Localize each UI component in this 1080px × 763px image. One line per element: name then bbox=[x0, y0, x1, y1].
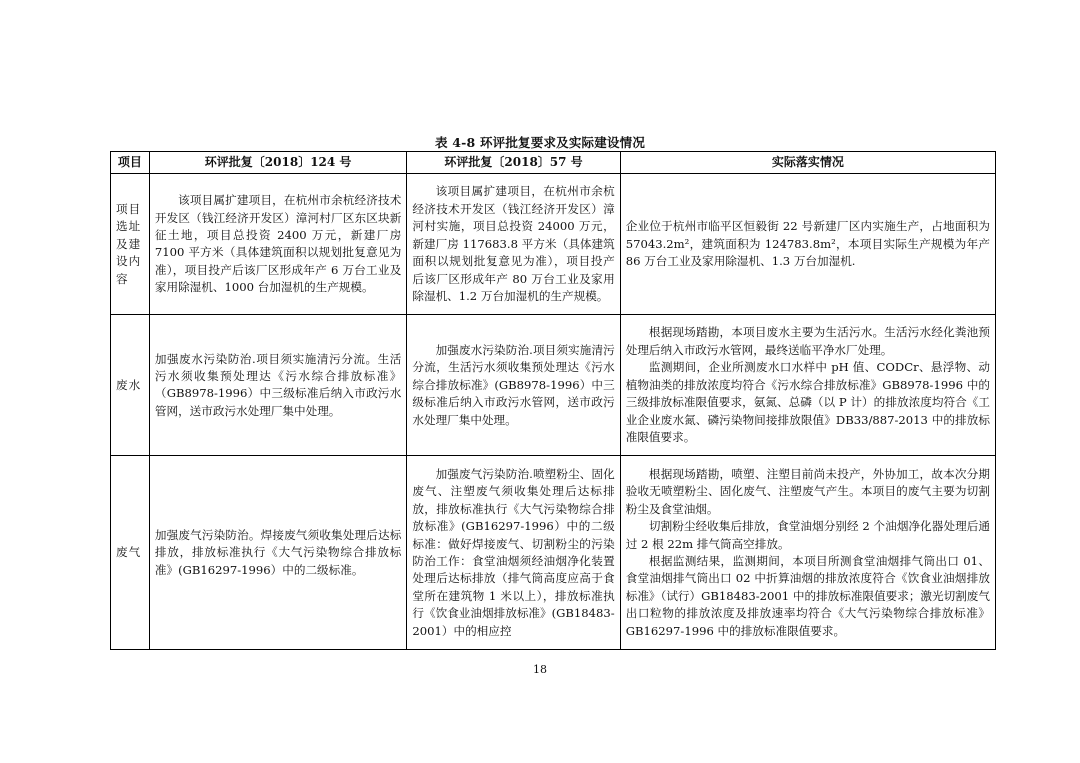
cell-paragraph: 该项目属扩建项目，在杭州市余杭经济技术开发区（钱江经济开发区）漳河村厂区东区块新… bbox=[155, 192, 402, 296]
cell-paragraph: 切割粉尘经收集后排放，食堂油烟分别经 2 个油烟净化器处理后通过 2 根 22m… bbox=[626, 518, 990, 553]
cell-paragraph: 加强废水污染防治.项目须实施清污分流，生活污水须收集预处理达《污水综合排放标准》… bbox=[412, 342, 614, 429]
approval-comparison-table: 项目 环评批复〔2018〕124 号 环评批复〔2018〕57 号 实际落实情况… bbox=[110, 151, 996, 650]
header-actual: 实际落实情况 bbox=[620, 152, 995, 174]
cell-paragraph: 根据监测结果，监测期间，本项目所测食堂油烟排气筒出口 01、食堂油烟排气筒出口 … bbox=[626, 553, 990, 640]
table-row-exhaust: 废气 加强废气污染防治。焊接废气须收集处理后达标排放，排放标准执行《大气污染物综… bbox=[111, 456, 996, 650]
table-row-site: 项目选址及建设内容 该项目属扩建项目，在杭州市余杭经济技术开发区（钱江经济开发区… bbox=[111, 174, 996, 315]
table-caption: 表 4-8 环评批复要求及实际建设情况 bbox=[0, 133, 1080, 151]
cell-paragraph: 加强废水污染防治.项目须实施清污分流。生活污水须收集预处理达《污水综合排放标准》… bbox=[155, 351, 402, 421]
actual-cell: 根据现场踏勘，喷塑、注塑目前尚未投产，外协加工，故本次分期验收无喷塑粉尘、固化废… bbox=[620, 456, 995, 650]
cell-paragraph: 根据现场踏勘，本项目废水主要为生活污水。生活污水经化粪池预处理后纳入市政污水管网… bbox=[626, 324, 990, 359]
header-item: 项目 bbox=[111, 152, 150, 174]
cell-paragraph: 加强废气污染防治。焊接废气须收集处理后达标排放，排放标准执行《大气污染物综合排放… bbox=[155, 527, 402, 579]
table-row-wastewater: 废水 加强废水污染防治.项目须实施清污分流。生活污水须收集预处理达《污水综合排放… bbox=[111, 315, 996, 456]
approval-57-cell: 该项目属扩建项目，在杭州市余杭经济技术开发区（钱江经济开发区）漳河村实施，项目总… bbox=[407, 174, 620, 315]
row-label: 项目选址及建设内容 bbox=[111, 174, 150, 315]
row-label: 废水 bbox=[111, 315, 150, 456]
approval-57-cell: 加强废气污染防治.喷塑粉尘、固化废气、注塑废气须收集处理后达标排放，排放标准执行… bbox=[407, 456, 620, 650]
header-approval-124: 环评批复〔2018〕124 号 bbox=[149, 152, 407, 174]
approval-124-cell: 加强废水污染防治.项目须实施清污分流。生活污水须收集预处理达《污水综合排放标准》… bbox=[149, 315, 407, 456]
approval-57-cell: 加强废水污染防治.项目须实施清污分流，生活污水须收集预处理达《污水综合排放标准》… bbox=[407, 315, 620, 456]
cell-paragraph: 根据现场踏勘，喷塑、注塑目前尚未投产，外协加工，故本次分期验收无喷塑粉尘、固化废… bbox=[626, 466, 990, 518]
actual-cell: 根据现场踏勘，本项目废水主要为生活污水。生活污水经化粪池预处理后纳入市政污水管网… bbox=[620, 315, 995, 456]
cell-paragraph: 企业位于杭州市临平区恒毅街 22 号新建厂区内实施生产，占地面积为 57043.… bbox=[626, 218, 990, 270]
header-approval-57: 环评批复〔2018〕57 号 bbox=[407, 152, 620, 174]
cell-paragraph: 加强废气污染防治.喷塑粉尘、固化废气、注塑废气须收集处理后达标排放，排放标准执行… bbox=[412, 466, 614, 640]
actual-cell: 企业位于杭州市临平区恒毅街 22 号新建厂区内实施生产，占地面积为 57043.… bbox=[620, 174, 995, 315]
cell-paragraph: 该项目属扩建项目，在杭州市余杭经济技术开发区（钱江经济开发区）漳河村实施，项目总… bbox=[412, 183, 614, 305]
page-number: 18 bbox=[0, 663, 1080, 676]
cell-paragraph: 监测期间，企业所测废水口水样中 pH 值、CODCr、悬浮物、动植物油类的排放浓… bbox=[626, 359, 990, 446]
approval-124-cell: 该项目属扩建项目，在杭州市余杭经济技术开发区（钱江经济开发区）漳河村厂区东区块新… bbox=[149, 174, 407, 315]
approval-124-cell: 加强废气污染防治。焊接废气须收集处理后达标排放，排放标准执行《大气污染物综合排放… bbox=[149, 456, 407, 650]
row-label: 废气 bbox=[111, 456, 150, 650]
table-header-row: 项目 环评批复〔2018〕124 号 环评批复〔2018〕57 号 实际落实情况 bbox=[111, 152, 996, 174]
